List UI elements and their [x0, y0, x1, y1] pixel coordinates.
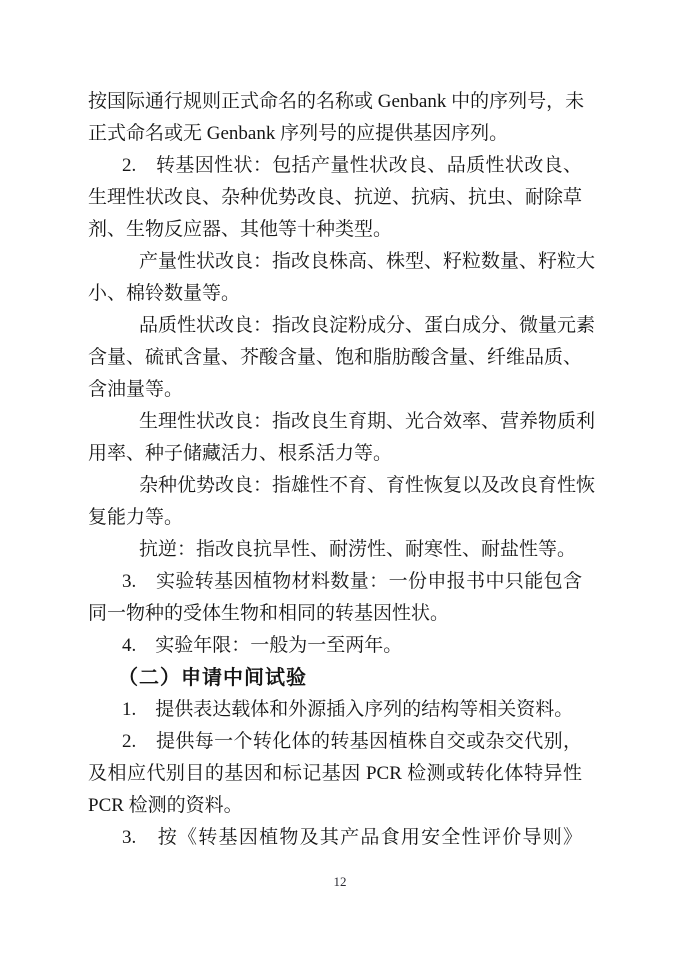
text-line: 抗逆：指改良抗旱性、耐涝性、耐寒性、耐盐性等。: [88, 534, 582, 566]
page-number: 12: [0, 874, 680, 890]
text-content: 按国际通行规则正式命名的名称或 Genbank 中的序列号，未正式命名或无 Ge…: [88, 86, 582, 854]
text-line: 2. 提供每一个转化体的转基因植株自交或杂交代别，: [88, 726, 582, 758]
text-line: 生理性状改良：指改良生育期、光合效率、营养物质利: [88, 406, 582, 438]
text-line: 复能力等。: [88, 502, 582, 534]
text-line: 用率、种子储藏活力、根系活力等。: [88, 438, 582, 470]
text-line: 生理性状改良、杂种优势改良、抗逆、抗病、抗虫、耐除草: [88, 182, 582, 214]
text-line: 正式命名或无 Genbank 序列号的应提供基因序列。: [88, 118, 582, 150]
text-line: 2. 转基因性状：包括产量性状改良、品质性状改良、: [88, 150, 582, 182]
document-page: 按国际通行规则正式命名的名称或 Genbank 中的序列号，未正式命名或无 Ge…: [0, 0, 680, 961]
text-line: 及相应代别目的基因和标记基因 PCR 检测或转化体特异性: [88, 758, 582, 790]
text-line: 小、棉铃数量等。: [88, 278, 582, 310]
text-line: 1. 提供表达载体和外源插入序列的结构等相关资料。: [88, 694, 582, 726]
text-line: 同一物种的受体生物和相同的转基因性状。: [88, 598, 582, 630]
text-line: 产量性状改良：指改良株高、株型、籽粒数量、籽粒大: [88, 246, 582, 278]
text-line: 品质性状改良：指改良淀粉成分、蛋白成分、微量元素: [88, 310, 582, 342]
text-line: 含油量等。: [88, 374, 582, 406]
text-line: 3. 按《转基因植物及其产品食用安全性评价导则》: [88, 822, 582, 854]
text-line: 按国际通行规则正式命名的名称或 Genbank 中的序列号，未: [88, 86, 582, 118]
text-line: PCR 检测的资料。: [88, 790, 582, 822]
text-line: 4. 实验年限：一般为一至两年。: [88, 630, 582, 662]
text-line: 杂种优势改良：指雄性不育、育性恢复以及改良育性恢: [88, 470, 582, 502]
text-line: 3. 实验转基因植物材料数量：一份申报书中只能包含: [88, 566, 582, 598]
text-line: 剂、生物反应器、其他等十种类型。: [88, 214, 582, 246]
section-heading: （二）申请中间试验: [88, 662, 582, 694]
text-line: 含量、硫甙含量、芥酸含量、饱和脂肪酸含量、纤维品质、: [88, 342, 582, 374]
